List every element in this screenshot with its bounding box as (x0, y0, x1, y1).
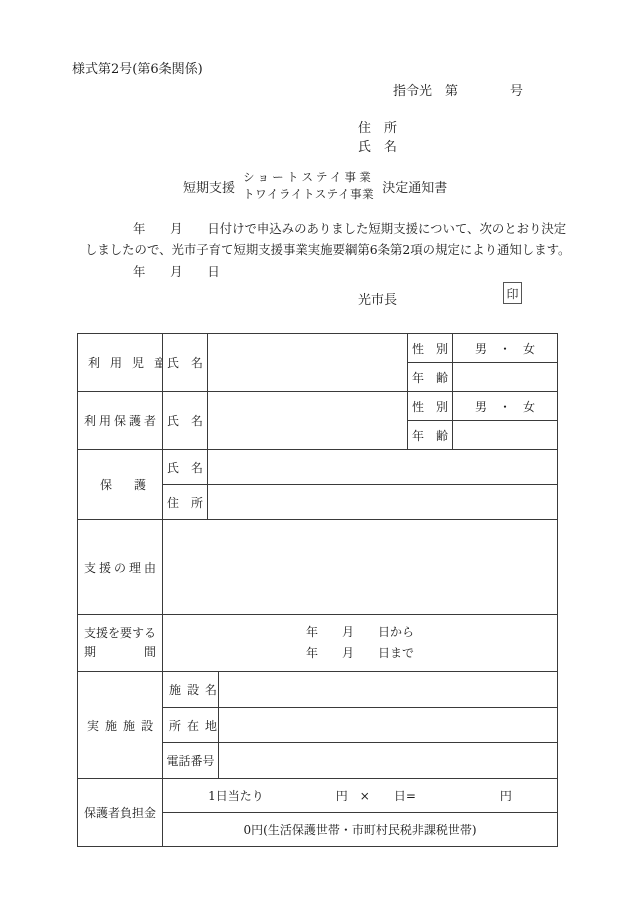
title-prefix: 短期支援 (183, 177, 235, 196)
child-age-label: 年 齢 (408, 363, 453, 392)
facility-row-label: 実施施設 (78, 672, 163, 779)
reason-row-label: 支援の理由 (78, 520, 163, 615)
guardian-name-field (208, 450, 558, 485)
child-name-field (208, 334, 408, 392)
user-guardian-sex-label: 性 別 (408, 392, 453, 421)
facility-phone-field (219, 743, 558, 779)
guardian-address-label: 住 所 (163, 485, 208, 520)
fee-per-day-line: 1日当たり 円 × 日= 円 (163, 779, 558, 813)
body-paragraph: 年 月 日付けで申込みのありました短期支援について、次のとおり決定 しましたので… (85, 218, 565, 260)
user-guardian-name-field (208, 392, 408, 450)
body-line-2: しましたので、光市子育て短期支援事業実施要綱第6条第2項の規定により通知します。 (85, 242, 570, 257)
fee-exemption-line: 0円(生活保護世帯・市町村民税非課税世帯) (163, 813, 558, 847)
seal-stamp: 印 (503, 282, 522, 304)
facility-address-label: 所在地 (163, 708, 219, 743)
guardian-address-field (208, 485, 558, 520)
reason-field (163, 520, 558, 615)
user-guardian-sex-options: 男 ・ 女 (453, 392, 558, 421)
body-line-1: 年 月 日付けで申込みのありました短期支援について、次のとおり決定 (85, 218, 565, 239)
child-sex-options: 男 ・ 女 (453, 334, 558, 363)
period-from-line: 年 月 日から (163, 622, 557, 643)
period-label-line1: 支援を要する (78, 624, 162, 643)
period-row-label: 支援を要する 期 間 (78, 615, 163, 672)
facility-name-field (219, 672, 558, 708)
title-suffix: 決定通知書 (382, 177, 447, 196)
child-row-label: 利用児童 (78, 334, 163, 392)
user-guardian-row-label: 利用保護者 (78, 392, 163, 450)
period-to-line: 年 月 日まで (163, 643, 557, 664)
facility-address-field (219, 708, 558, 743)
child-sex-label: 性 別 (408, 334, 453, 363)
period-label-line2: 期 間 (78, 643, 162, 662)
directive-number-line: 指令光 第 号 (393, 80, 523, 99)
fee-row-label: 保護者負担金 (78, 779, 163, 847)
mayor-label: 光市長 (358, 289, 397, 308)
main-form-table: 利用児童 氏 名 性 別 男 ・ 女 年 齢 利用保護者 氏 名 性 別 男 ・… (77, 333, 558, 847)
user-guardian-age-field (453, 421, 558, 450)
recipient-address-label: 住 所 (358, 117, 397, 136)
child-name-label: 氏 名 (163, 334, 208, 392)
child-age-field (453, 363, 558, 392)
document-page: 様式第2号(第6条関係) 指令光 第 号 住 所 氏 名 短期支援 ショートステ… (0, 0, 630, 903)
period-field: 年 月 日から 年 月 日まで (163, 615, 558, 672)
decision-date-line: 年 月 日 (133, 262, 220, 280)
facility-phone-label: 電話番号 (163, 743, 219, 779)
facility-name-label: 施設名 (163, 672, 219, 708)
guardian-name-label: 氏 名 (163, 450, 208, 485)
title-program-twilight: トワイライトステイ事業 (243, 186, 374, 203)
document-title: 短期支援 ショートステイ事業 トワイライトステイ事業 決定通知書 (183, 169, 447, 203)
guardian-row-label: 保護者 (78, 450, 163, 520)
title-program-shortstay: ショートステイ事業 (243, 169, 374, 186)
recipient-name-label: 氏 名 (358, 136, 397, 155)
user-guardian-name-label: 氏 名 (163, 392, 208, 450)
title-program-stack: ショートステイ事業 トワイライトステイ事業 (243, 169, 374, 203)
user-guardian-age-label: 年 齢 (408, 421, 453, 450)
form-number: 様式第2号(第6条関係) (72, 58, 203, 77)
